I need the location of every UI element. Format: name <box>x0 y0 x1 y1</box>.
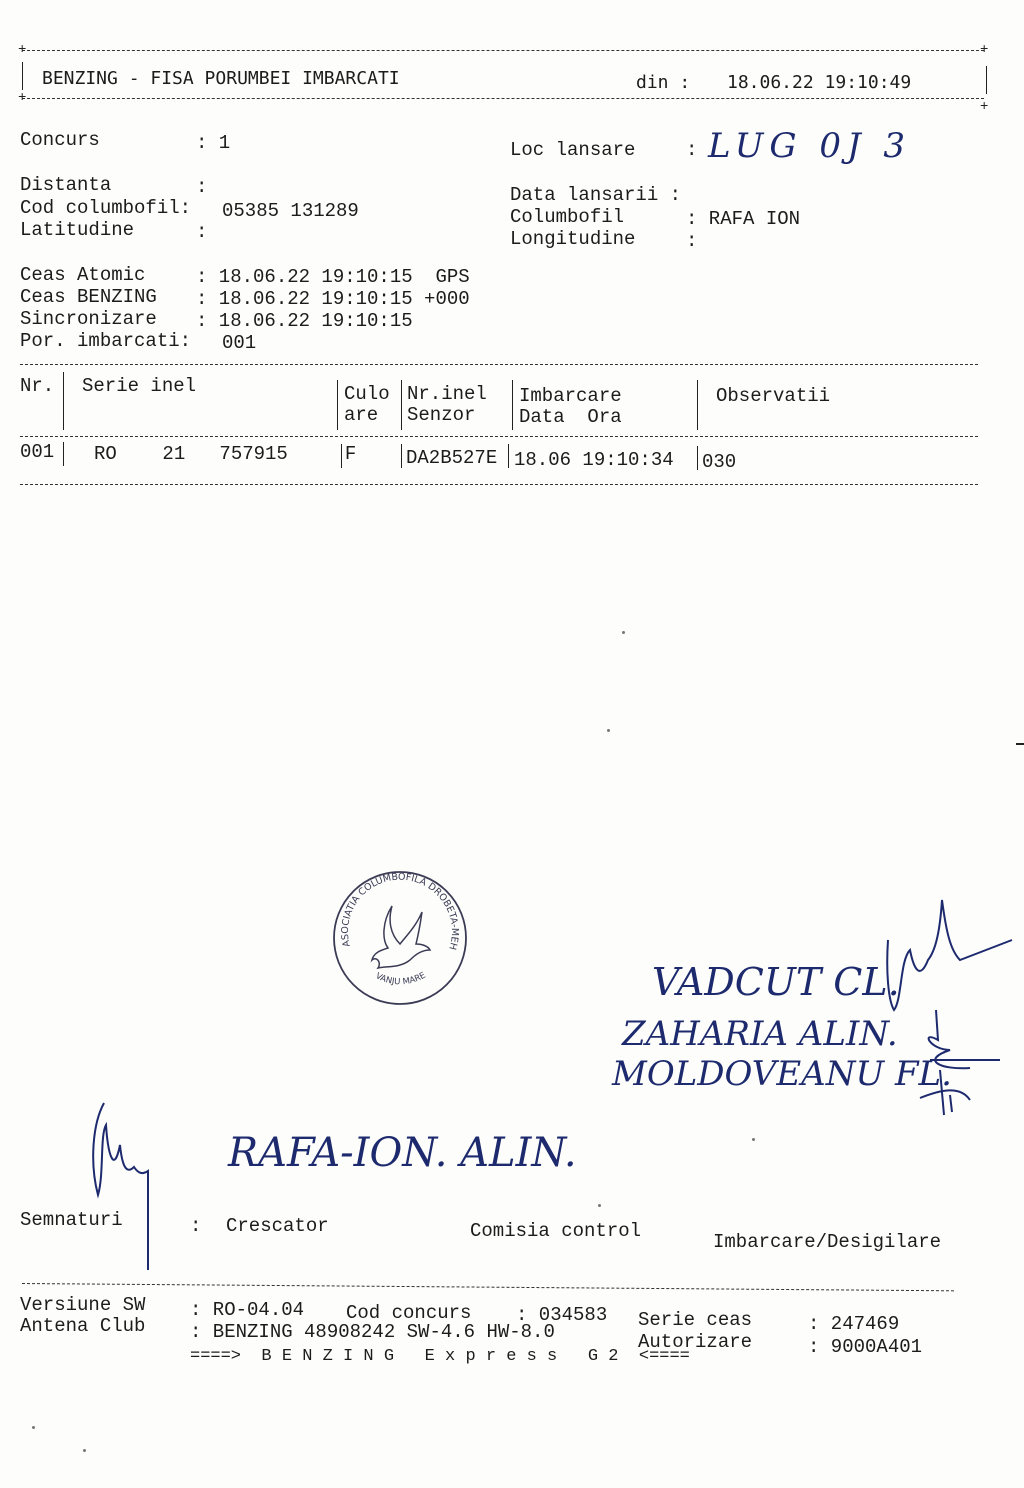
distanta-value: : <box>196 177 207 198</box>
header-nr-inel-2: Senzor <box>407 405 475 426</box>
col-divider <box>512 380 513 430</box>
latitudine-value: : <box>196 222 207 243</box>
row-imbarcare: 18.06 19:10:34 <box>514 450 674 471</box>
col-divider <box>337 380 338 430</box>
semnaturi-colon: : <box>190 1216 201 1237</box>
longitudine-value: : <box>686 231 697 252</box>
col-divider <box>697 446 698 470</box>
table-header-rule <box>20 436 978 437</box>
ceas-benzing-value: : 18.06.22 19:10:15 +000 <box>196 289 470 310</box>
corner-plus: + <box>980 100 988 114</box>
data-lansarii-label: Data lansarii : <box>510 185 681 206</box>
scan-speck <box>752 1138 755 1141</box>
commission-member-2: ZAHARIA ALIN. <box>622 1014 898 1054</box>
scan-speck <box>607 729 610 732</box>
cod-columbofil-value: 05385 131289 <box>222 201 359 222</box>
header-imbarcare-1: Imbarcare <box>519 386 622 407</box>
col-divider <box>63 442 64 466</box>
breeder-signature <box>90 1095 160 1275</box>
dove-icon: ASOCIATIA COLUMBOFILA DROBETA-MEHEDINTI … <box>330 868 470 1008</box>
benzing-express-banner: ====> B E N Z I N G E x p r e s s G 2 <=… <box>190 1346 690 1367</box>
page-title: BENZING - FISA PORUMBEI IMBARCATI <box>42 68 400 89</box>
row-observatii: 030 <box>702 452 736 473</box>
document-page: + + BENZING - FISA PORUMBEI IMBARCATI di… <box>0 0 1024 1488</box>
concurs-value: : 1 <box>196 133 230 154</box>
scan-speck <box>32 1426 35 1429</box>
header-nr: Nr. <box>20 376 54 397</box>
commission-member-1: VADCUT CL. <box>652 960 900 1004</box>
row-serie-inel: RO 21 757915 F <box>94 444 356 465</box>
por-imbarcati-label: Por. imbarcati: <box>20 331 191 352</box>
row-senzor: DA2B527E <box>406 448 497 469</box>
latitudine-label: Latitudine <box>20 220 134 241</box>
ceas-atomic-label: Ceas Atomic <box>20 265 145 286</box>
col-divider <box>63 372 64 430</box>
scan-speck <box>83 1449 86 1452</box>
columbofil-label: Columbofil <box>510 207 624 228</box>
print-date-label: din : <box>636 72 690 93</box>
serie-ceas-value: : 247469 <box>808 1314 899 1335</box>
semnaturi-label: Semnaturi <box>20 1210 123 1231</box>
row-nr: 001 <box>20 442 54 463</box>
header-top-rule <box>22 50 984 51</box>
header-left-bar <box>22 62 23 90</box>
sincronizare-label: Sincronizare <box>20 309 157 330</box>
commission-signatures <box>880 890 1020 1120</box>
cod-columbofil-label: Cod columbofil: <box>20 198 191 219</box>
table-bottom-rule <box>20 484 978 485</box>
por-imbarcati-value: 001 <box>222 333 256 354</box>
imbarcare-desigilare-label: Imbarcare/Desigilare <box>713 1232 941 1253</box>
ceas-benzing-label: Ceas BENZING <box>20 287 157 308</box>
comisia-control-label: Comisia control <box>470 1221 641 1242</box>
header-culoare-2: are <box>344 405 378 426</box>
header-nr-inel-1: Nr.inel <box>407 384 487 405</box>
header-observatii: Observatii <box>716 386 830 407</box>
table-top-rule <box>20 364 978 365</box>
scan-speck <box>598 1204 601 1207</box>
footer-rule <box>22 1283 954 1291</box>
loc-lansare-colon: : <box>686 140 697 161</box>
autorizare-value: : 9000A401 <box>808 1337 922 1358</box>
loc-lansare-label: Loc lansare <box>510 140 635 161</box>
crescator-label: Crescator <box>226 1216 329 1237</box>
corner-plus: + <box>18 91 26 105</box>
loc-lansare-handwritten: LUG 0J 3 <box>708 126 911 166</box>
header-serie-inel: Serie inel <box>82 376 196 397</box>
antena-club-value: : BENZING 48908242 SW-4.6 HW-8.0 <box>190 1322 555 1343</box>
columbofil-value: : RAFA ION <box>686 209 800 230</box>
versiune-sw-label: Versiune SW <box>20 1295 145 1316</box>
print-date-value: 18.06.22 19:10:49 <box>727 72 911 93</box>
col-divider <box>508 444 509 468</box>
col-divider <box>401 380 402 430</box>
ceas-atomic-value: : 18.06.22 19:10:15 GPS <box>196 267 470 288</box>
header-imbarcare-2: Data Ora <box>519 407 622 428</box>
antena-club-label: Antena Club <box>20 1316 145 1337</box>
corner-plus: + <box>980 43 988 57</box>
sincronizare-value: : 18.06.22 19:10:15 <box>196 311 413 332</box>
header-culoare-1: Culo <box>344 384 390 405</box>
col-divider <box>697 380 698 430</box>
corner-plus: + <box>18 43 26 57</box>
header-right-bar <box>986 66 987 94</box>
breeder-name-handwritten: RAFA-ION. ALIN. <box>228 1130 577 1176</box>
col-divider <box>401 444 402 468</box>
distanta-label: Distanta <box>20 175 111 196</box>
header-bottom-rule <box>22 98 984 99</box>
serie-ceas-label: Serie ceas <box>638 1310 752 1331</box>
longitudine-label: Longitudine <box>510 229 635 250</box>
scan-speck <box>622 631 625 634</box>
svg-text:VANJU MARE: VANJU MARE <box>374 971 428 988</box>
edge-mark <box>1016 743 1024 745</box>
versiune-sw-value: : RO-04.04 <box>190 1300 304 1321</box>
club-stamp: ASOCIATIA COLUMBOFILA DROBETA-MEHEDINTI … <box>330 868 470 1008</box>
concurs-label: Concurs <box>20 130 100 151</box>
